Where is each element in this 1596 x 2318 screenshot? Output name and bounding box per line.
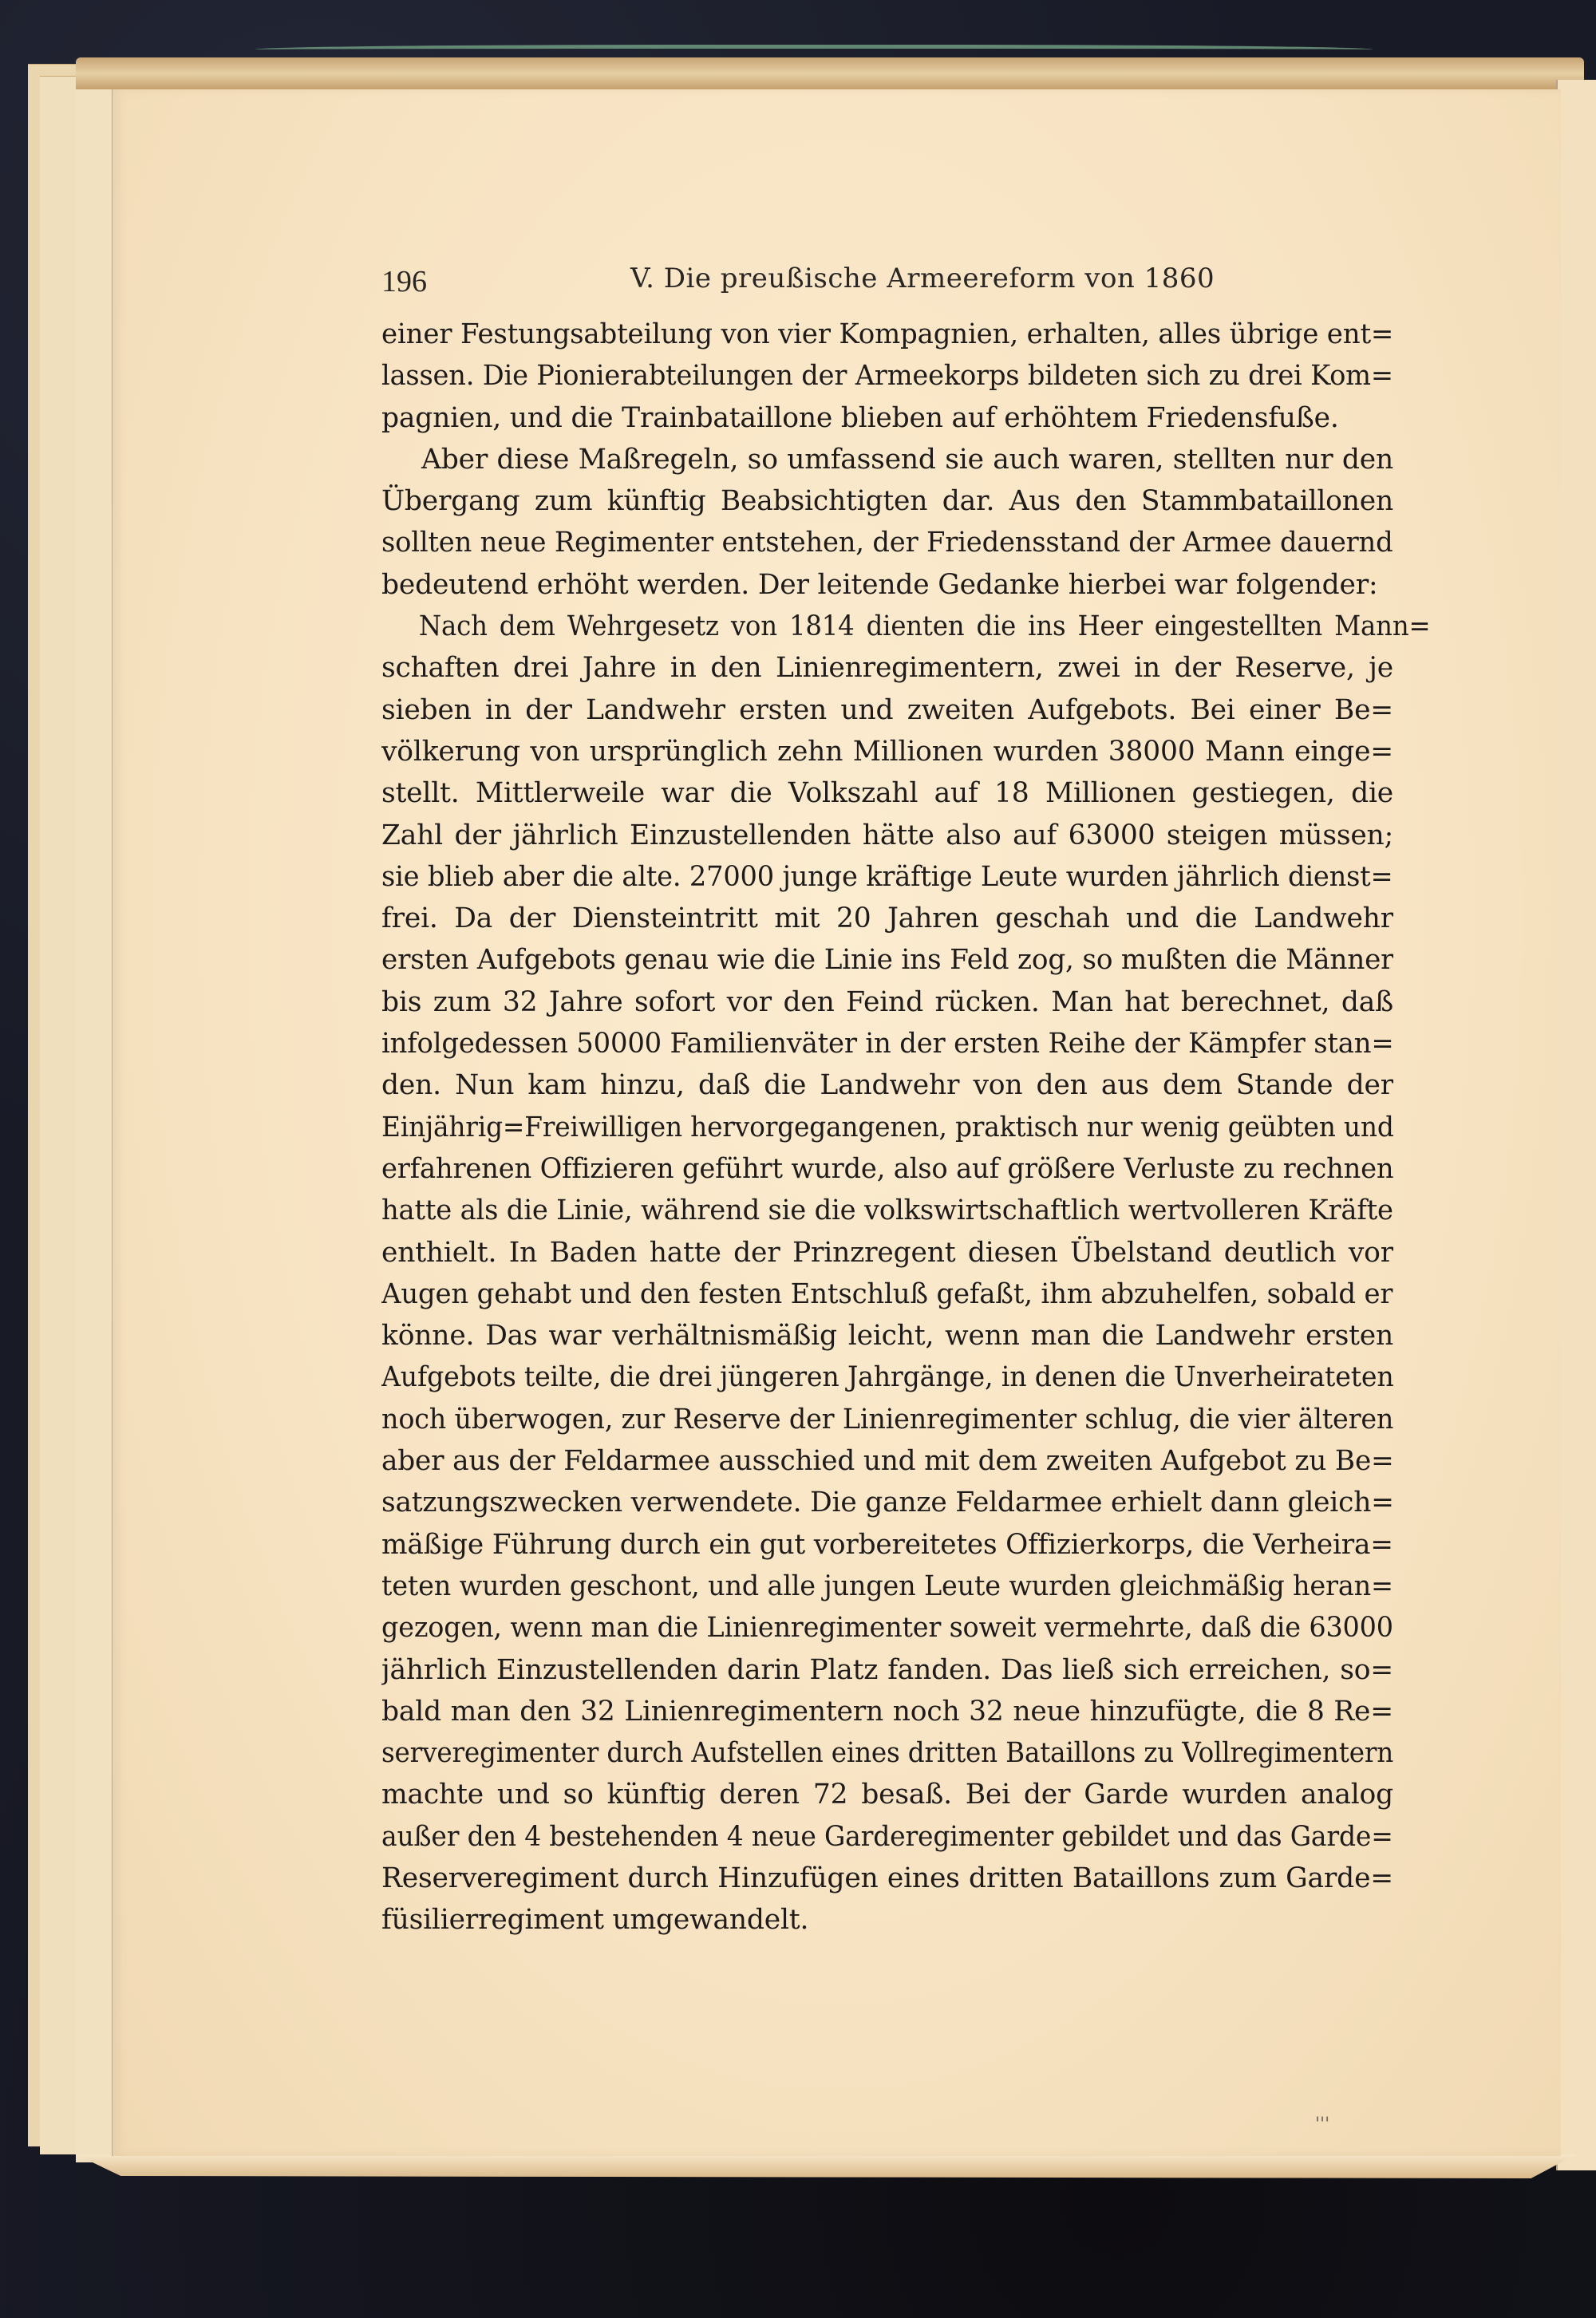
text-line: mäßige Führung durch ein gut vorbereitet… bbox=[381, 1524, 1393, 1566]
text-line: infolgedessen 50000 Familienväter in der… bbox=[381, 1023, 1393, 1064]
text-line: enthielt. In Baden hatte der Prinzregent… bbox=[381, 1232, 1393, 1274]
text-line: erfahrenen Offizieren geführt wurde, als… bbox=[381, 1148, 1393, 1190]
facing-page-edge bbox=[1556, 80, 1596, 2170]
text-line: Reserveregiment durch Hinzufügen eines d… bbox=[381, 1858, 1393, 1899]
page-top-rim bbox=[76, 57, 1584, 89]
text-line: schaften drei Jahre in den Linienregimen… bbox=[381, 647, 1393, 689]
text-line: stellt. Mittlerweile war die Volkszahl a… bbox=[381, 772, 1393, 814]
text-line: völkerung von ursprünglich zehn Millione… bbox=[381, 731, 1393, 772]
page-number: 196 bbox=[381, 264, 427, 299]
text-line: pagnien, und die Trainbataillone blieben… bbox=[381, 397, 1393, 439]
page-bottom-edge bbox=[76, 2154, 1576, 2178]
text-line: bis zum 32 Jahre sofort vor den Feind rü… bbox=[381, 981, 1393, 1023]
text-line: Zahl der jährlich Einzustellenden hätte … bbox=[381, 815, 1393, 856]
text-line: Einjährig=Freiwilligen hervorgegangenen,… bbox=[381, 1107, 1394, 1148]
binding-thread bbox=[255, 45, 1373, 57]
text-line: satzungszwecken verwendete. Die ganze Fe… bbox=[381, 1482, 1393, 1523]
text-line: frei. Da der Diensteintritt mit 20 Jahre… bbox=[381, 898, 1393, 939]
text-line: teten wurden geschont, und alle jungen L… bbox=[381, 1566, 1393, 1607]
running-head: 196 V. Die preußische Armeereform von 18… bbox=[381, 259, 1393, 304]
text-line: sie blieb aber die alte. 27000 junge krä… bbox=[381, 856, 1393, 898]
body-text: einer Festungsabteilung von vier Kompagn… bbox=[381, 314, 1393, 1941]
text-line: Aber diese Maßregeln, so umfassend sie a… bbox=[381, 439, 1393, 480]
text-line: sollten neue Regimenter entstehen, der F… bbox=[381, 522, 1393, 563]
text-line: Übergang zum künftig Beabsichtigten dar.… bbox=[381, 480, 1393, 522]
text-line: noch überwogen, zur Reserve der Linienre… bbox=[381, 1399, 1393, 1440]
text-line: Augen gehabt und den festen Entschluß ge… bbox=[381, 1274, 1393, 1315]
text-line: gezogen, wenn man die Linienregimenter s… bbox=[381, 1607, 1393, 1649]
text-line: füsilierregiment umgewandelt. bbox=[381, 1899, 1393, 1941]
text-line: Aufgebots teilte, die drei jüngeren Jahr… bbox=[381, 1356, 1393, 1398]
text-line: ersten Aufgebots genau wie die Linie ins… bbox=[381, 939, 1393, 981]
text-line: außer den 4 bestehenden 4 neue Garderegi… bbox=[381, 1816, 1393, 1858]
text-line: den. Nun kam hinzu, daß die Landwehr von… bbox=[381, 1064, 1393, 1106]
chapter-title: V. Die preußische Armeereform von 1860 bbox=[630, 263, 1215, 294]
text-line: sieben in der Landwehr ersten und zweite… bbox=[381, 689, 1393, 731]
text-line: aber aus der Feldarmee ausschied und mit… bbox=[381, 1440, 1394, 1482]
text-line: einer Festungsabteilung von vier Kompagn… bbox=[381, 314, 1393, 355]
text-line: Nach dem Wehrgesetz von 1814 dienten die… bbox=[381, 606, 1430, 647]
text-line: serveregimenter durch Aufstellen eines d… bbox=[381, 1732, 1393, 1774]
text-line: lassen. Die Pionierabteilungen der Armee… bbox=[381, 355, 1393, 397]
text-line: hatte als die Linie, während sie die vol… bbox=[381, 1190, 1393, 1231]
text-line: bedeutend erhöht werden. Der leitende Ge… bbox=[381, 564, 1393, 606]
text-line: bald man den 32 Linienregimentern noch 3… bbox=[381, 1691, 1393, 1732]
printer-marks: ''' bbox=[1315, 2115, 1329, 2134]
text-line: machte und so künftig deren 72 besaß. Be… bbox=[381, 1774, 1393, 1815]
text-line: könne. Das war verhältnismäßig leicht, w… bbox=[381, 1315, 1393, 1356]
text-line: jährlich Einzustellenden darin Platz fan… bbox=[381, 1649, 1393, 1691]
